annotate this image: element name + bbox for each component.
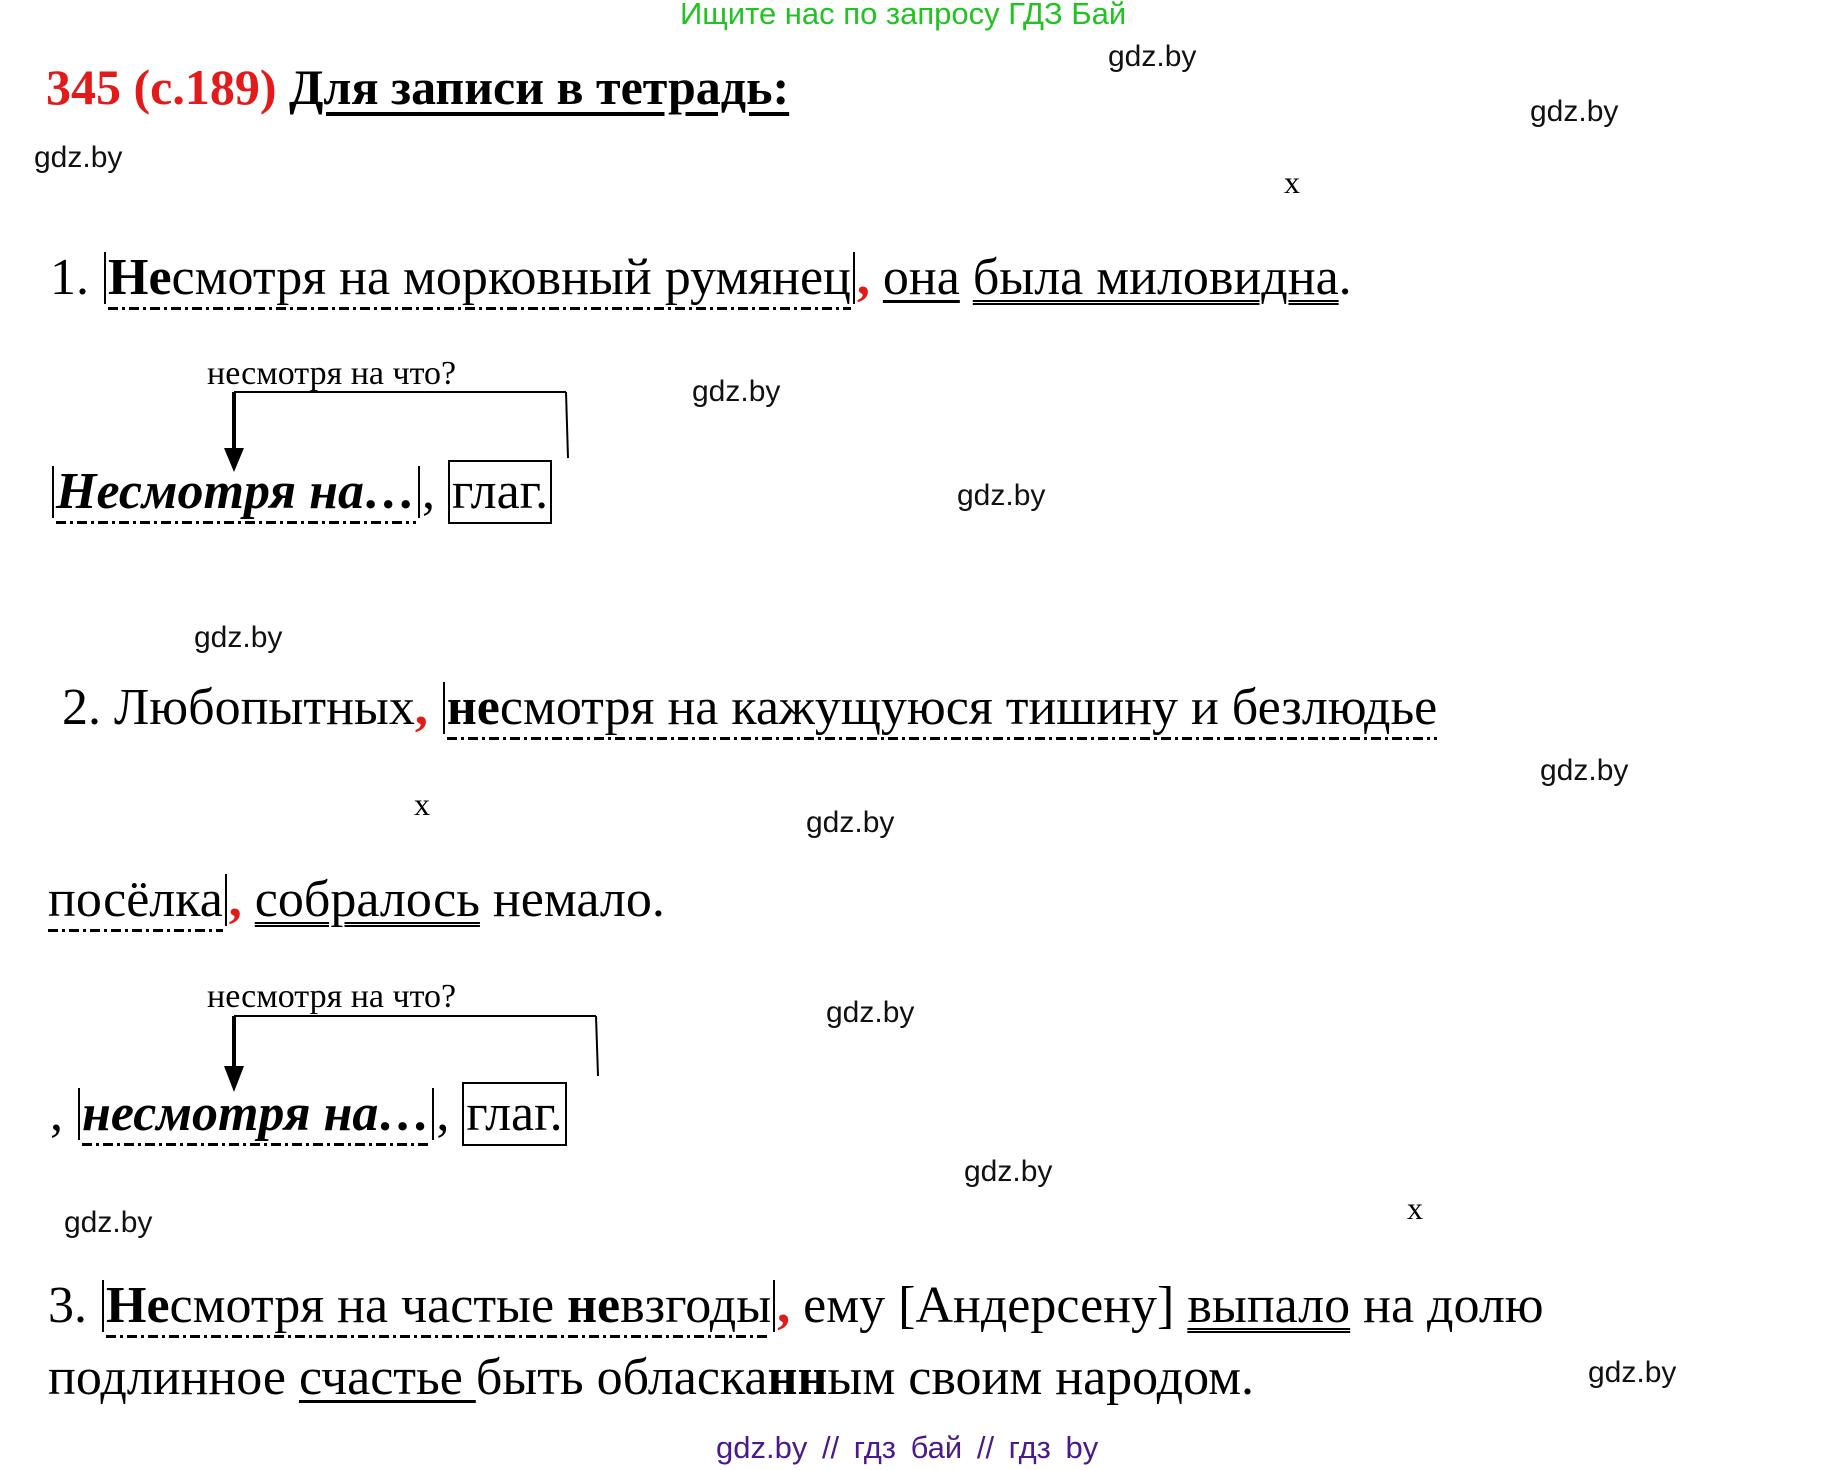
schema-clause: Несмотря на… xyxy=(56,463,416,524)
sentence-number: 2. xyxy=(62,679,101,736)
schema-question: несмотря на что? xyxy=(207,978,456,1016)
subject: счастье xyxy=(299,1349,476,1406)
footer-links: gdz.by // гдз бай // гдз by xyxy=(716,1430,1098,1466)
sentence-3-line-2: подлинное счастье быть облaсканным своим… xyxy=(48,1348,1254,1407)
schema-2: , несмотря на…, глаг. xyxy=(50,1082,567,1146)
predicate: выпало xyxy=(1187,1277,1350,1334)
sentence-2-line-2: посёлка, собралось немало. xyxy=(48,870,665,929)
sentence-2-line-1: 2. Любопытных, несмотря на кажущуюся тиш… xyxy=(62,678,1437,737)
adverbial-clause: несмотря на кажущуюся тишину и безлюдье xyxy=(447,679,1437,740)
clause-boundary xyxy=(102,1280,104,1332)
schema-clause: несмотря на… xyxy=(82,1085,430,1146)
comma: , xyxy=(229,871,242,928)
clause-boundary xyxy=(52,466,54,518)
sentence-number: 3. xyxy=(48,1277,87,1334)
clause-boundary xyxy=(773,1280,775,1332)
schema-1: Несмотря на…, глаг. xyxy=(50,460,552,524)
clause-boundary xyxy=(432,1088,434,1140)
clause-boundary xyxy=(78,1088,80,1140)
sentence-3-line-1: 3. Несмотря на частые невзгоды, ему [Анд… xyxy=(48,1276,1544,1335)
clause-boundary xyxy=(443,682,445,734)
adverbial-clause: посёлка xyxy=(48,871,223,932)
adverbial-clause: Несмотря на частые невзгоды xyxy=(106,1277,771,1338)
verb-box: глаг. xyxy=(448,460,552,524)
predicate: собралось xyxy=(255,871,480,928)
verb-box: глаг. xyxy=(462,1082,566,1146)
clause-boundary xyxy=(418,466,420,518)
comma: , xyxy=(415,679,428,736)
clause-boundary xyxy=(225,874,227,926)
comma: , xyxy=(777,1277,790,1334)
